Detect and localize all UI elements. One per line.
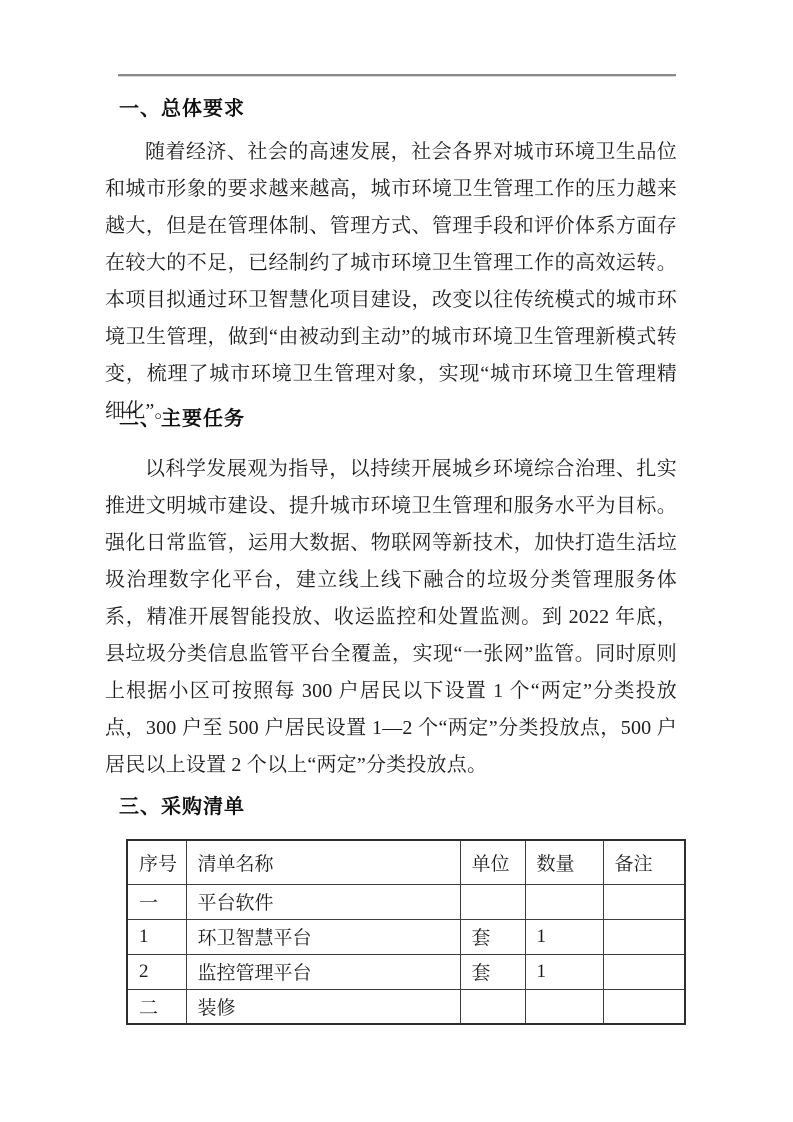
header-rule	[118, 74, 676, 77]
table-row: 二 装修	[127, 989, 685, 1024]
cell-item-name: 平台软件	[186, 884, 460, 919]
cell-item-name: 环卫智慧平台	[186, 919, 460, 954]
table-row: 2 监控管理平台 套 1	[127, 954, 685, 989]
procurement-table: 序号 清单名称 单位 数量 备注 一 平台软件 1 环卫智慧平台 套 1	[126, 839, 686, 1025]
column-header-index: 序号	[127, 840, 186, 884]
section-heading-main-tasks: 二、主要任务	[119, 406, 245, 430]
cell-quantity	[525, 884, 603, 919]
cell-remark	[603, 884, 685, 919]
document-page: 一、总体要求 随着经济、社会的高速发展，社会各界对城市环境卫生品位和城市形象的要…	[0, 0, 793, 1122]
cell-unit: 套	[460, 919, 525, 954]
table-row: 1 环卫智慧平台 套 1	[127, 919, 685, 954]
paragraph-overall-requirements: 随着经济、社会的高速发展，社会各界对城市环境卫生品位和城市形象的要求越来越高，城…	[105, 134, 677, 430]
cell-index: 1	[127, 919, 186, 954]
column-header-item-name: 清单名称	[186, 840, 460, 884]
cell-unit	[460, 884, 525, 919]
cell-remark	[603, 989, 685, 1024]
cell-unit	[460, 989, 525, 1024]
cell-index: 一	[127, 884, 186, 919]
cell-index: 二	[127, 989, 186, 1024]
cell-quantity: 1	[525, 919, 603, 954]
paragraph-main-tasks: 以科学发展观为指导，以持续开展城乡环境综合治理、扎实推进文明城市建设、提升城市环…	[105, 451, 677, 784]
cell-remark	[603, 954, 685, 989]
cell-quantity: 1	[525, 954, 603, 989]
section-heading-procurement-list: 三、采购清单	[119, 794, 245, 818]
cell-unit: 套	[460, 954, 525, 989]
cell-remark	[603, 919, 685, 954]
column-header-unit: 单位	[460, 840, 525, 884]
column-header-quantity: 数量	[525, 840, 603, 884]
table-row: 一 平台软件	[127, 884, 685, 919]
cell-item-name: 装修	[186, 989, 460, 1024]
cell-item-name: 监控管理平台	[186, 954, 460, 989]
table-header-row: 序号 清单名称 单位 数量 备注	[127, 840, 685, 884]
cell-index: 2	[127, 954, 186, 989]
section-heading-overall-requirements: 一、总体要求	[119, 96, 245, 120]
cell-quantity	[525, 989, 603, 1024]
column-header-remark: 备注	[603, 840, 685, 884]
